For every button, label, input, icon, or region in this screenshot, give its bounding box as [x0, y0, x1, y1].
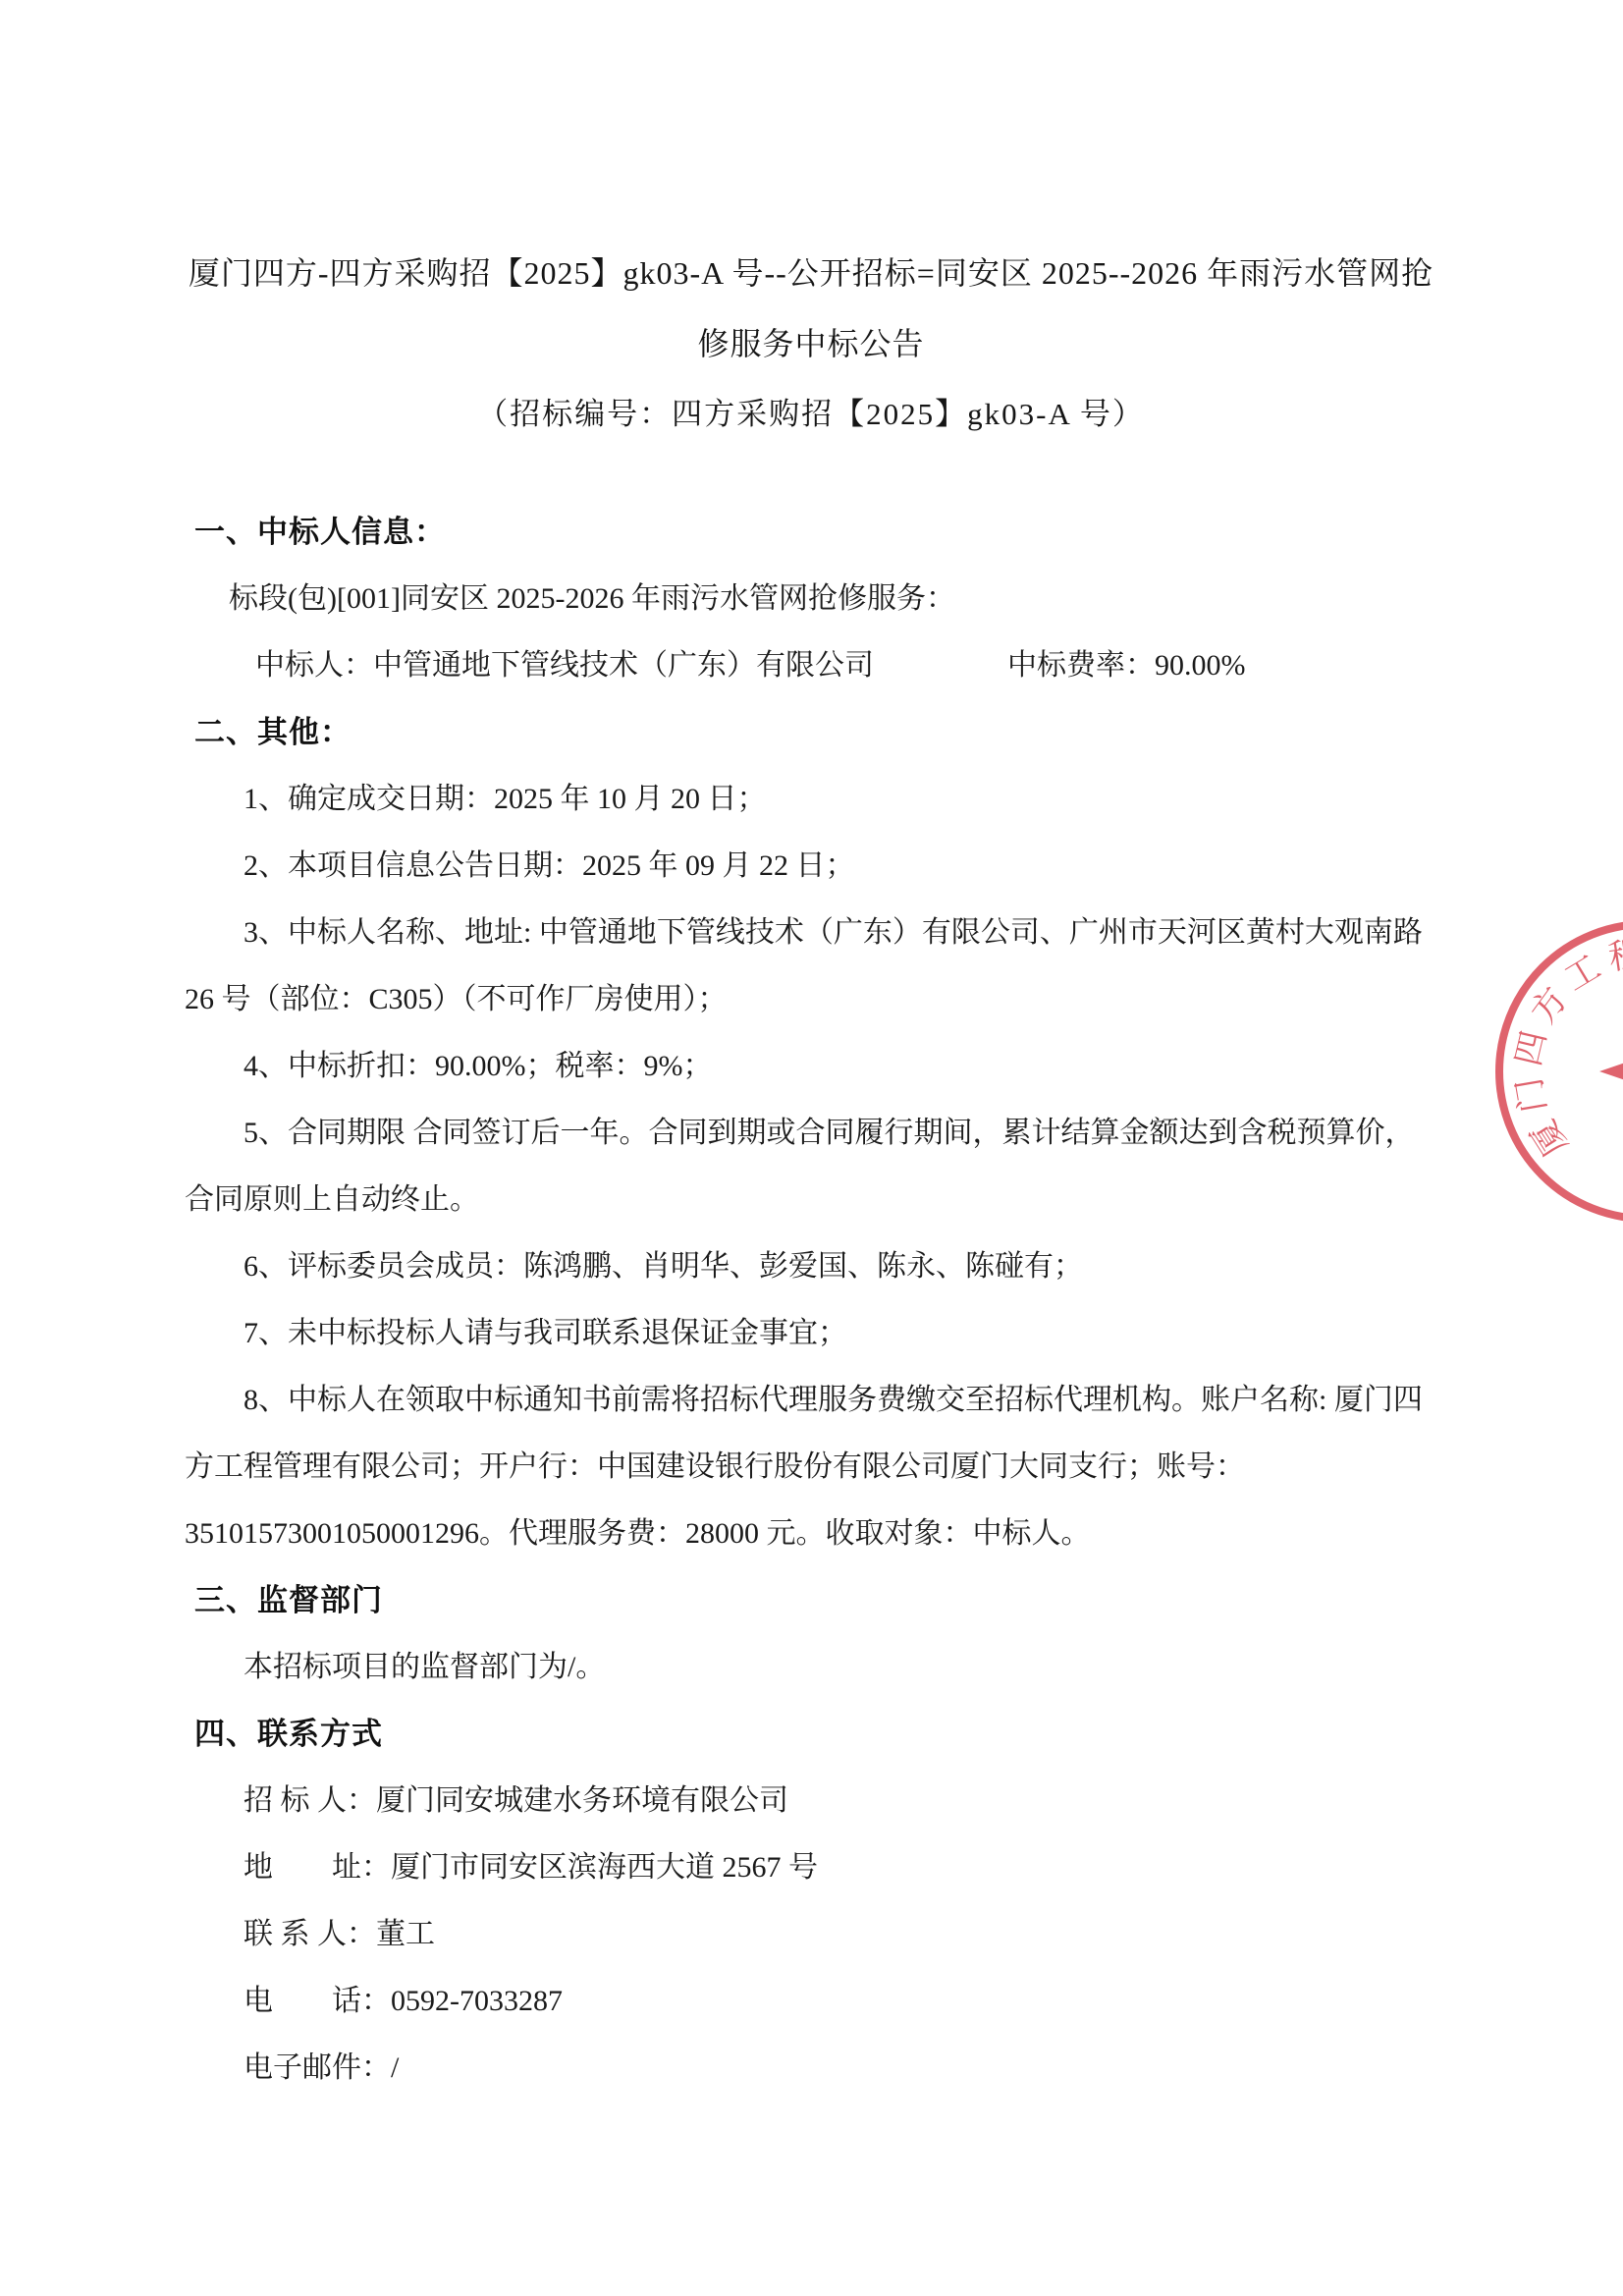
tender-number-line: （招标编号：四方采购招【2025】gk03-A 号） — [185, 379, 1437, 450]
winner-line: 中标人：中管通地下管线技术（广东）有限公司中标费率：90.00% — [185, 632, 1439, 699]
supervision-body: 本招标项目的监督部门为/。 — [185, 1634, 1439, 1701]
contact-value: 董工 — [376, 1918, 435, 1950]
winner-rate: 中标费率：90.00% — [937, 632, 1246, 699]
document-title: 厦门四方-四方采购招【2025】gk03-A 号--公开招标=同安区 2025-… — [185, 238, 1437, 379]
seal-star-icon — [1599, 1026, 1623, 1116]
contact-value: 厦门同安城建水务环境有限公司 — [376, 1784, 788, 1817]
contact-label: 联 系 人： — [243, 1918, 376, 1950]
contact-value: 0592-7033287 — [391, 1985, 563, 2017]
contact-row-person: 联 系 人：董工 — [185, 1901, 1439, 1968]
winner-name: 中标人：中管通地下管线技术（广东）有限公司 — [255, 649, 874, 682]
section-heading-contact: 四、联系方式 — [185, 1701, 1439, 1768]
other-item-3: 3、中标人名称、地址: 中管通地下管线技术（广东）有限公司、广州市天河区黄村大观… — [185, 900, 1439, 1033]
other-item-7: 7、未中标投标人请与我司联系退保证金事宜； — [185, 1300, 1439, 1367]
company-seal-stamp: 厦门四方工程管理有限公司 — [1476, 911, 1623, 1235]
other-item-2: 2、本项目信息公告日期：2025 年 09 月 22 日； — [185, 833, 1439, 900]
contact-row-tenderer: 招 标 人：厦门同安城建水务环境有限公司 — [185, 1768, 1439, 1834]
contact-label: 招 标 人： — [243, 1784, 376, 1817]
seal-ring-text: 厦门四方工程管理有限公司 — [1508, 933, 1623, 1174]
contact-row-email: 电子邮件：/ — [185, 2035, 1439, 2102]
contact-label: 电 话： — [243, 1985, 391, 2017]
section-heading-supervision: 三、监督部门 — [185, 1567, 1439, 1634]
contact-label: 地 址： — [243, 1851, 391, 1884]
title-block: 厦门四方-四方采购招【2025】gk03-A 号--公开招标=同安区 2025-… — [185, 238, 1437, 450]
svg-text:厦门四方工程管理有限公司: 厦门四方工程管理有限公司 — [1508, 933, 1623, 1174]
other-item-8: 8、中标人在领取中标通知书前需将招标代理服务费缴交至招标代理机构。账户名称: 厦… — [185, 1367, 1439, 1567]
contact-value: / — [391, 2051, 399, 2084]
seal-ring — [1499, 924, 1623, 1219]
document-body: 一、中标人信息： 标段(包)[001]同安区 2025-2026 年雨污水管网抢… — [185, 499, 1439, 2102]
other-item-1: 1、确定成交日期：2025 年 10 月 20 日； — [185, 766, 1439, 833]
other-item-5: 5、合同期限 合同签订后一年。合同到期或合同履行期间，累计结算金额达到含税预算价… — [185, 1100, 1439, 1233]
lot-line: 标段(包)[001]同安区 2025-2026 年雨污水管网抢修服务： — [185, 566, 1439, 632]
document-page: 厦门四方-四方采购招【2025】gk03-A 号--公开招标=同安区 2025-… — [0, 0, 1623, 2296]
contact-value: 厦门市同安区滨海西大道 2567 号 — [391, 1851, 818, 1884]
contact-row-address: 地 址：厦门市同安区滨海西大道 2567 号 — [185, 1834, 1439, 1901]
contact-row-phone: 电 话：0592-7033287 — [185, 1968, 1439, 2035]
contact-label: 电子邮件： — [243, 2051, 391, 2084]
section-heading-winner-info: 一、中标人信息： — [185, 499, 1439, 566]
other-item-4: 4、中标折扣：90.00%；税率：9%； — [185, 1033, 1439, 1100]
section-heading-others: 二、其他： — [185, 699, 1439, 766]
other-item-6: 6、评标委员会成员：陈鸿鹏、肖明华、彭爱国、陈永、陈碰有； — [185, 1233, 1439, 1300]
